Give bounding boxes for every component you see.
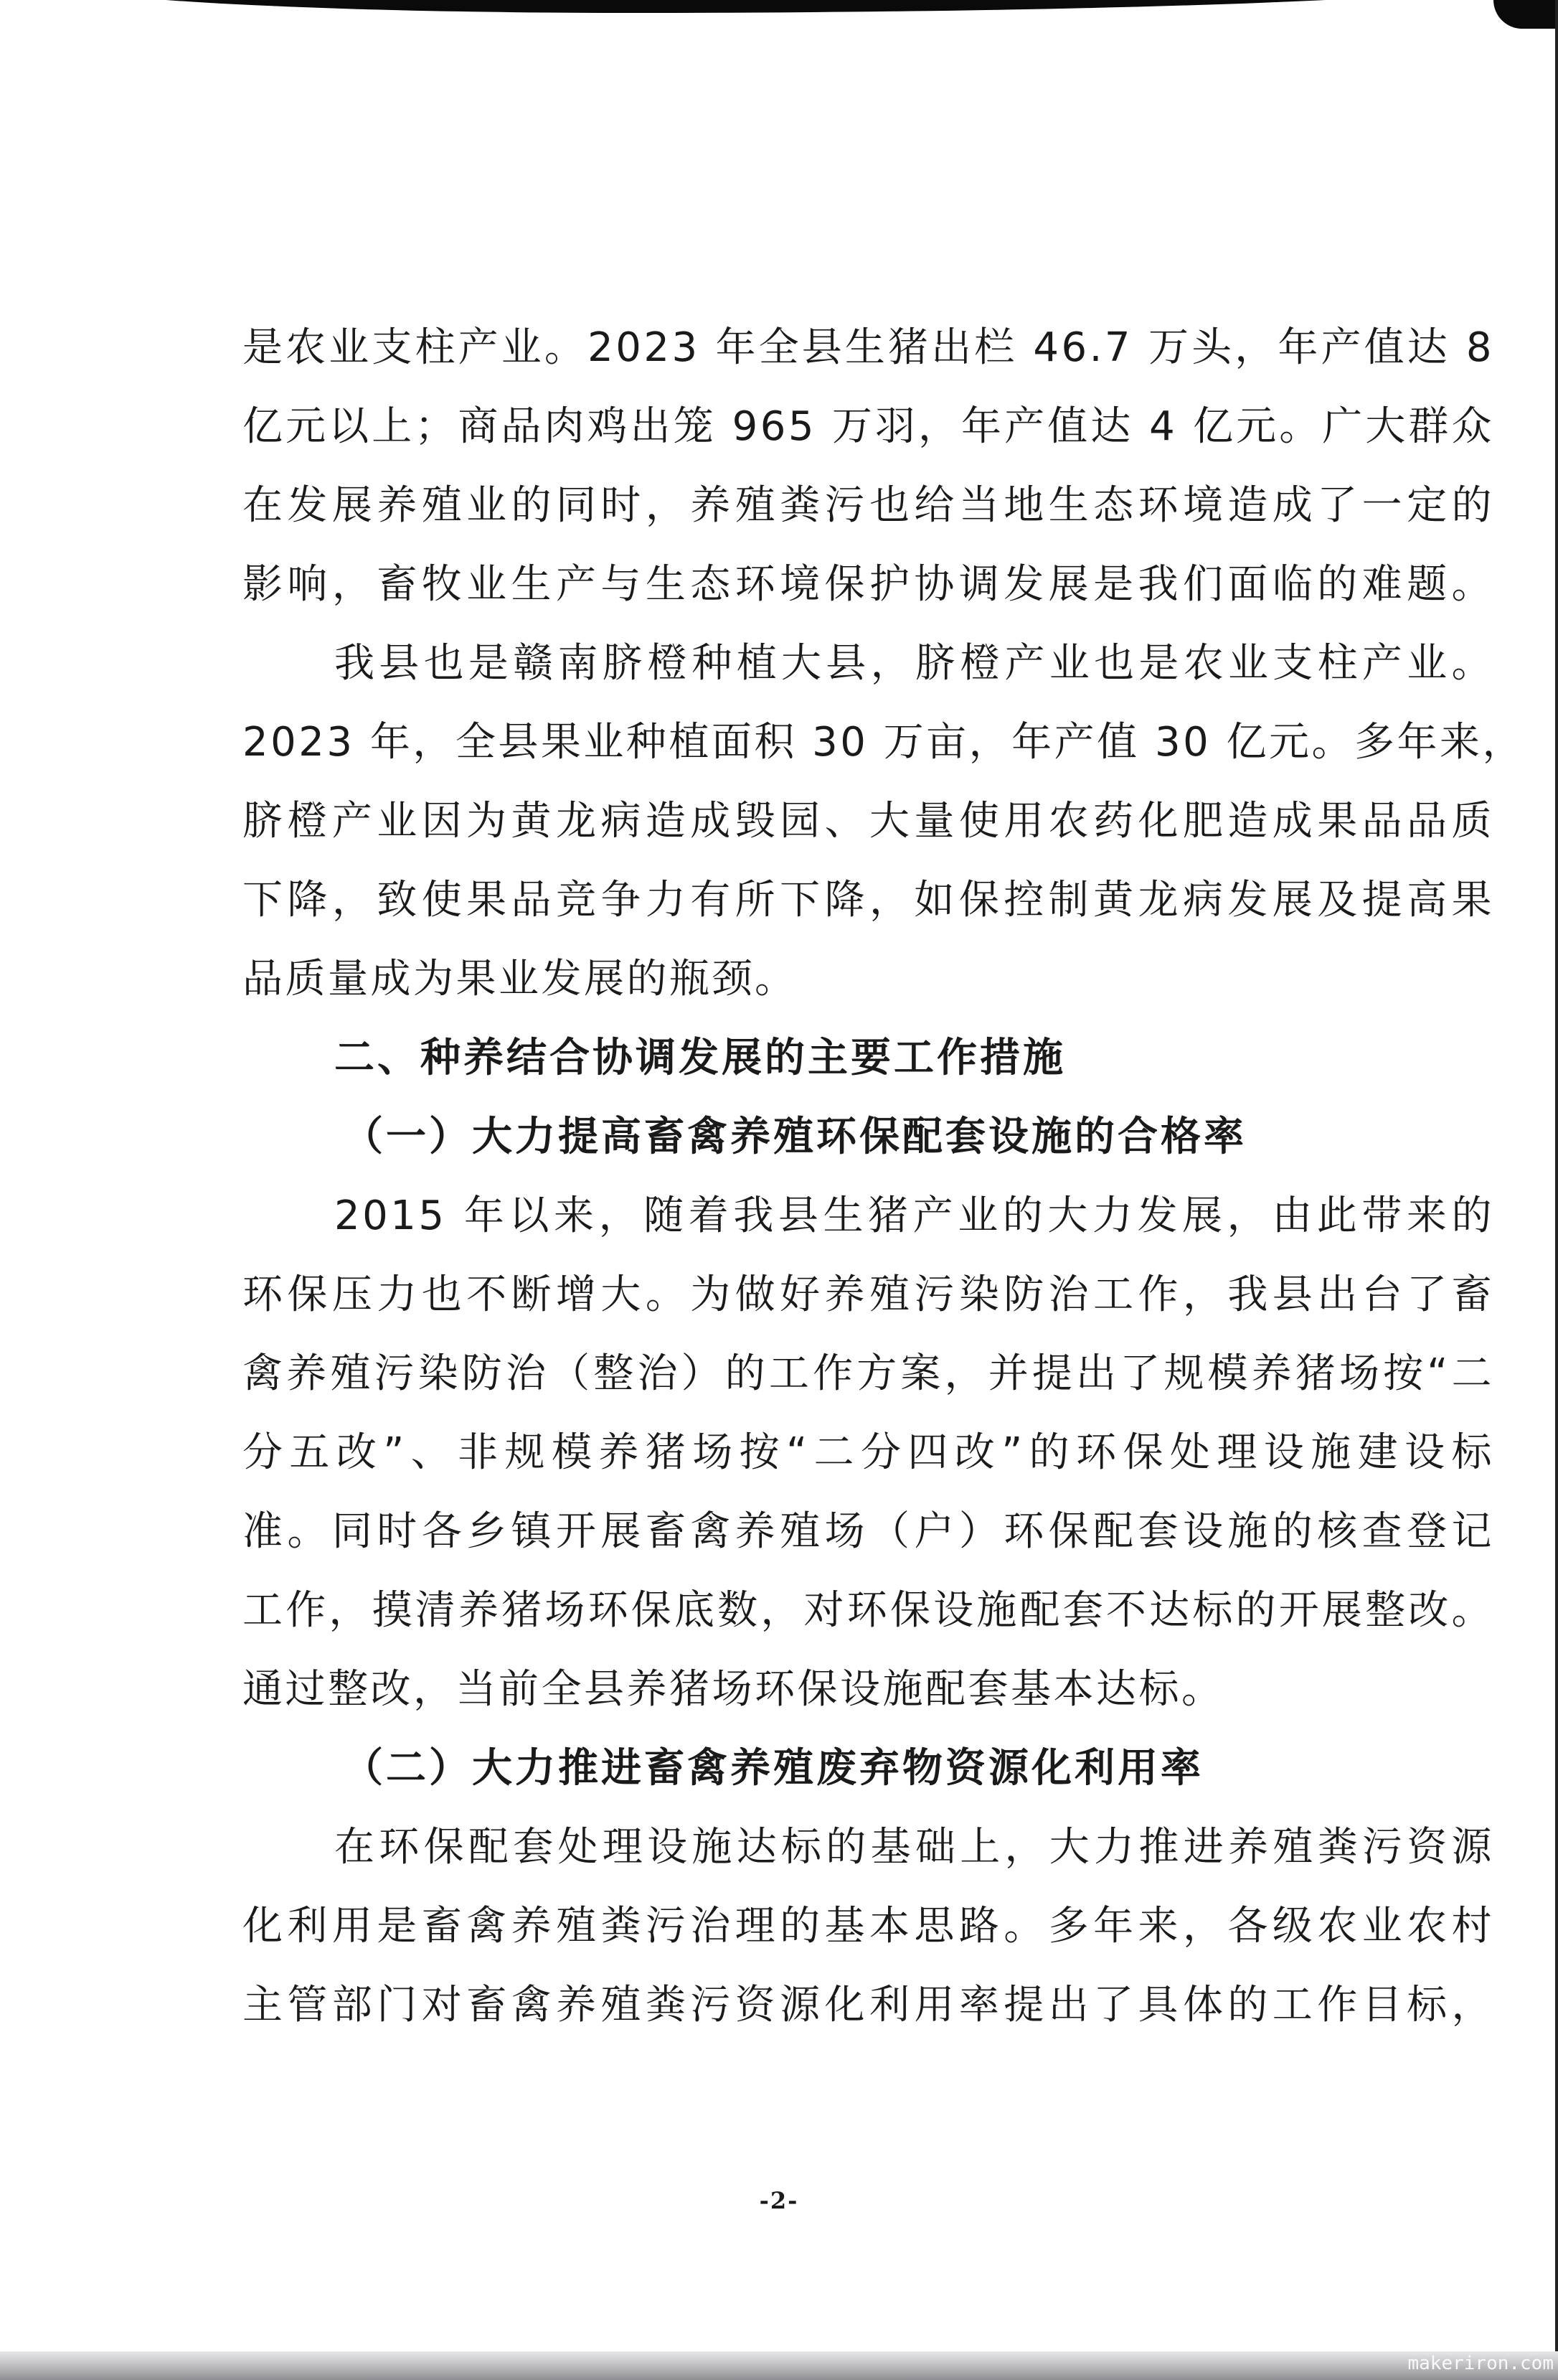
text-line: 化利用是畜禽养殖粪污治理的基本思路。多年来，各级农业农村 <box>242 1887 1494 1966</box>
text-line: 在发展养殖业的同时，养殖粪污也给当地生态环境造成了一定的 <box>242 466 1494 545</box>
text-line: 亿元以上；商品肉鸡出笼 965 万羽，年产值达 4 亿元。广大群众 <box>242 387 1494 466</box>
paragraph-navel-orange: 我县也是赣南脐橙种植大县，脐橙产业也是农业支柱产业。 2023 年，全县果业种植… <box>242 624 1494 1019</box>
text-line: 是农业支柱产业。2023 年全县生猪出栏 46.7 万头，年产值达 8 <box>242 309 1494 387</box>
text-line: 2023 年，全县果业种植面积 30 万亩，年产值 30 亿元。多年来， <box>242 703 1494 782</box>
scan-border-top <box>36 0 1521 13</box>
text-line: 准。同时各乡镇开展畜禽养殖场（户）环保配套设施的核查登记 <box>242 1492 1494 1571</box>
subsection-heading-2: （二）大力推进畜禽养殖废弃物资源化利用率 <box>242 1729 1494 1808</box>
scan-border-corner <box>1493 0 1558 29</box>
paragraph-livestock: 是农业支柱产业。2023 年全县生猪出栏 46.7 万头，年产值达 8 亿元以上… <box>242 309 1494 624</box>
paragraph-environmental-facilities: 2015 年以来，随着我县生猪产业的大力发展，由此带来的 环保压力也不断增大。为… <box>242 1177 1494 1729</box>
text-line: 脐橙产业因为黄龙病造成毁园、大量使用农药化肥造成果品品质 <box>242 782 1494 861</box>
text-line: 分五改”、非规模养猪场按“二分四改”的环保处理设施建设标 <box>242 1414 1494 1492</box>
text-line: 品质量成为果业发展的瓶颈。 <box>242 940 1494 1019</box>
text-line: 通过整改，当前全县养猪场环保设施配套基本达标。 <box>242 1650 1494 1729</box>
watermark: makeriron.com <box>1408 2353 1554 2374</box>
scan-border-right <box>1555 0 1558 2380</box>
page-number: -2- <box>0 2187 1558 2214</box>
text-line: 2015 年以来，随着我县生猪产业的大力发展，由此带来的 <box>242 1177 1494 1256</box>
text-line: 我县也是赣南脐橙种植大县，脐橙产业也是农业支柱产业。 <box>242 624 1494 703</box>
document-page: 是农业支柱产业。2023 年全县生猪出栏 46.7 万头，年产值达 8 亿元以上… <box>242 309 1494 2045</box>
subsection-heading-1: （一）大力提高畜禽养殖环保配套设施的合格率 <box>242 1098 1494 1177</box>
text-line: 在环保配套处理设施达标的基础上，大力推进养殖粪污资源 <box>242 1808 1494 1887</box>
text-line: 工作，摸清养猪场环保底数，对环保设施配套不达标的开展整改。 <box>242 1571 1494 1650</box>
text-line: 禽养殖污染防治（整治）的工作方案，并提出了规模养猪场按“二 <box>242 1335 1494 1414</box>
section-heading: 二、种养结合协调发展的主要工作措施 <box>242 1019 1494 1098</box>
text-line: 环保压力也不断增大。为做好养殖污染防治工作，我县出台了畜 <box>242 1256 1494 1335</box>
text-line: 主管部门对畜禽养殖粪污资源化利用率提出了具体的工作目标， <box>242 1966 1494 2045</box>
paragraph-waste-utilization: 在环保配套处理设施达标的基础上，大力推进养殖粪污资源 化利用是畜禽养殖粪污治理的… <box>242 1808 1494 2045</box>
text-line: 影响，畜牧业生产与生态环境保护协调发展是我们面临的难题。 <box>242 545 1494 624</box>
scan-border-bottom <box>0 2351 1558 2380</box>
text-line: 下降，致使果品竞争力有所下降，如保控制黄龙病发展及提高果 <box>242 861 1494 940</box>
